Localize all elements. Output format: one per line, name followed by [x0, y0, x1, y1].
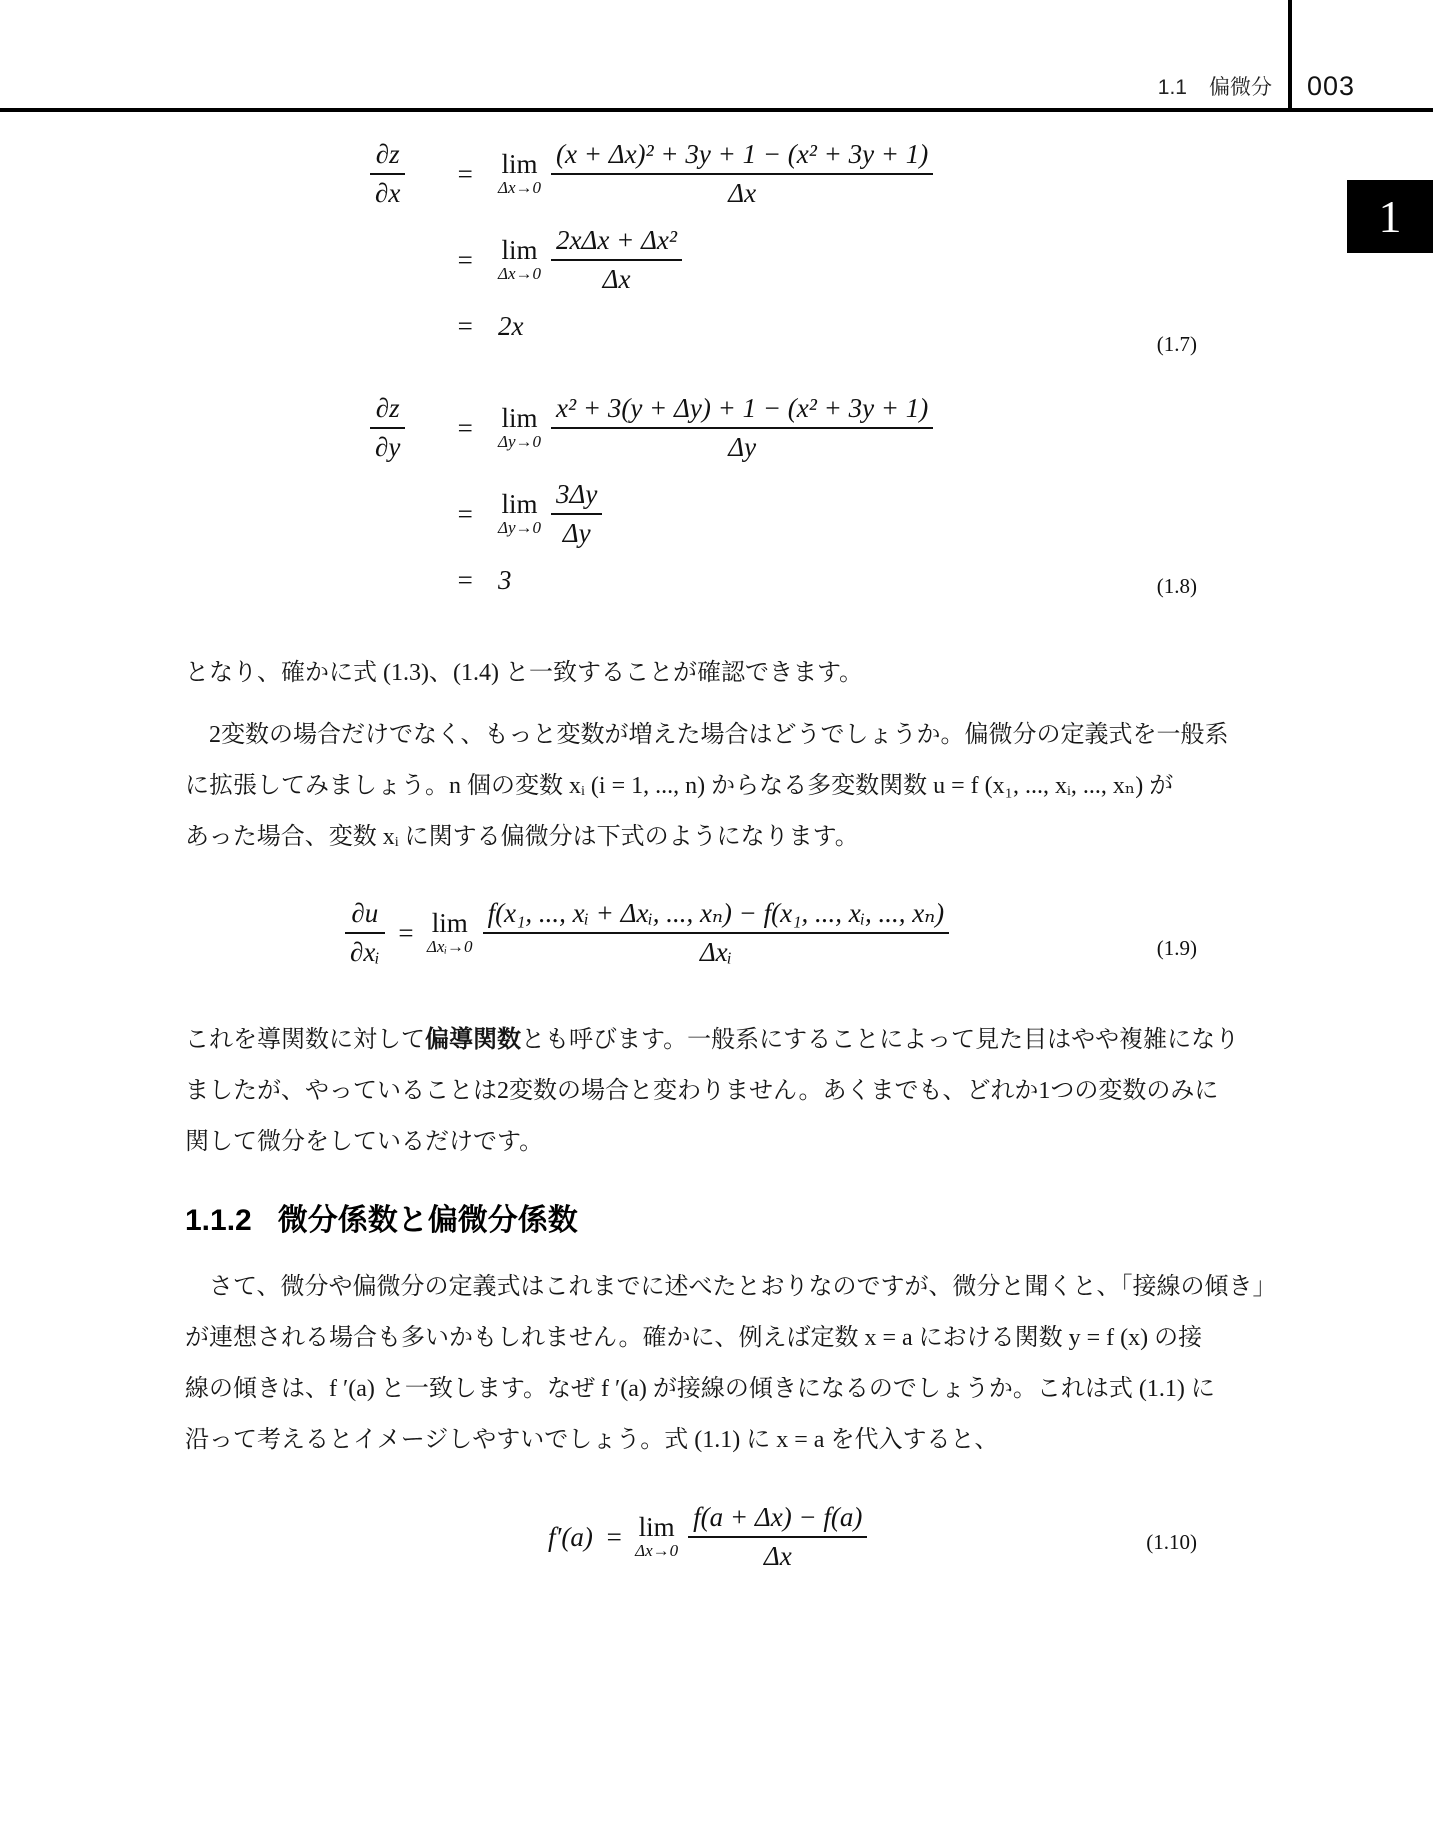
body-text-line: 関して微分をしているだけです。: [185, 1117, 1201, 1168]
text-segment: とも呼びます。一般系にすることによって見た目はやや複雑になり: [521, 1027, 1239, 1053]
body-text-line: ましたが、やっていることは2変数の場合と変わりません。あくまでも、どれか1つの変…: [185, 1066, 1201, 1117]
lim-subscript: Δx→0: [498, 179, 541, 197]
bold-term-partial-derivative-function: 偏導関数: [425, 1027, 521, 1053]
eq110-denominator: Δx: [688, 1536, 867, 1572]
eq17-equals-1: =: [448, 159, 482, 190]
eq18-equals-1: =: [448, 413, 482, 444]
eq17-row1-denominator: Δx: [551, 173, 933, 209]
running-header: 1.1偏微分: [1158, 76, 1272, 100]
lim-subscript: Δy→0: [498, 433, 541, 451]
equation-1-9: ∂u∂xᵢ = limΔxᵢ→0 f(x₁, ..., xᵢ + Δxᵢ, ..…: [345, 898, 949, 968]
lim-operator: lim: [502, 237, 538, 264]
header-section-number: 1.1: [1158, 76, 1187, 99]
eq18-row1: limΔy→0 x² + 3(y + Δy) + 1 − (x² + 3y + …: [498, 393, 933, 463]
paragraph-partial-derivative-name: これを導関数に対して偏導関数とも呼びます。一般系にすることによって見た目はやや複…: [185, 1015, 1201, 1168]
eq18-row1-numerator: x² + 3(y + Δy) + 1 − (x² + 3y + 1): [551, 393, 933, 427]
lim-operator: lim: [639, 1514, 675, 1541]
eq18-row1-denominator: Δy: [551, 427, 933, 463]
eq17-row1-numerator: (x + Δx)² + 3y + 1 − (x² + 3y + 1): [551, 139, 933, 173]
eq17-row2-numerator: 2xΔx + Δx²: [551, 225, 682, 259]
eq19-equals: =: [397, 918, 415, 949]
body-text-line: 2変数の場合だけでなく、もっと変数が増えた場合はどうでしょうか。偏微分の定義式を…: [185, 710, 1201, 761]
eq110-equals: =: [605, 1522, 623, 1553]
equation-number-1-9: (1.9): [1157, 936, 1197, 961]
body-text-line: あった場合、変数 xᵢ に関する偏微分は下式のようになります。: [185, 812, 1201, 863]
eq18-result: 3: [498, 565, 933, 596]
lim-subscript: Δx→0: [635, 1542, 678, 1560]
body-text-line: が連想される場合も多いかもしれません。確かに、例えば定数 x = a における関…: [185, 1313, 1201, 1364]
eq17-lhs-denominator: ∂x: [370, 173, 405, 209]
eq17-lhs-numerator: ∂z: [370, 139, 405, 173]
equation-1-8: ∂z∂y = limΔy→0 x² + 3(y + Δy) + 1 − (x² …: [370, 393, 933, 596]
eq110-lhs: f′(a): [548, 1522, 593, 1553]
chapter-tab: 1: [1347, 180, 1433, 253]
section-heading-title: 微分係数と偏微分係数: [278, 1204, 578, 1237]
body-text-line: となり、確かに式 (1.3)、(1.4) と一致することが確認できます。: [185, 648, 1201, 699]
eq19-denominator: Δxᵢ: [483, 932, 950, 968]
lim-operator: lim: [502, 151, 538, 178]
paragraph-tangent-slope: さて、微分や偏微分の定義式はこれまでに述べたとおりなのですが、微分と聞くと、「接…: [185, 1262, 1201, 1466]
lim-subscript: Δxᵢ→0: [427, 938, 473, 956]
page-number: 003: [1307, 72, 1355, 100]
header-section-title: 偏微分: [1209, 76, 1272, 99]
text-segment: これを導関数に対して: [185, 1027, 425, 1053]
body-text-line: 沿って考えるとイメージしやすいでしょう。式 (1.1) に x = a を代入す…: [185, 1415, 1201, 1466]
equation-1-10: f′(a) = limΔx→0 f(a + Δx) − f(a)Δx: [548, 1502, 867, 1572]
lim-operator: lim: [502, 491, 538, 518]
eq18-row2-denominator: Δy: [551, 513, 602, 549]
eq17-result: 2x: [498, 311, 933, 342]
equation-number-1-8: (1.8): [1157, 574, 1197, 599]
body-text-line: さて、微分や偏微分の定義式はこれまでに述べたとおりなのですが、微分と聞くと、「接…: [185, 1262, 1201, 1313]
eq18-lhs-numerator: ∂z: [370, 393, 405, 427]
header-rule: [0, 108, 1433, 112]
eq17-equals-2: =: [448, 245, 482, 276]
eq17-lhs-fraction: ∂z∂x: [370, 139, 432, 209]
lim-subscript: Δy→0: [498, 519, 541, 537]
header-vertical-divider: [1288, 0, 1292, 108]
eq19-lhs-numerator: ∂u: [345, 898, 385, 932]
eq18-lhs-fraction: ∂z∂y: [370, 393, 432, 463]
body-text-line: に拡張してみましょう。n 個の変数 xᵢ (i = 1, ..., n) からな…: [185, 761, 1201, 812]
eq19-lhs-denominator: ∂xᵢ: [345, 932, 385, 968]
eq110-numerator: f(a + Δx) − f(a): [688, 1502, 867, 1536]
lim-operator: lim: [502, 405, 538, 432]
eq19-numerator: f(x₁, ..., xᵢ + Δxᵢ, ..., xₙ) − f(x₁, ..…: [483, 898, 950, 932]
paragraph-generalization: 2変数の場合だけでなく、もっと変数が増えた場合はどうでしょうか。偏微分の定義式を…: [185, 710, 1201, 863]
eq18-equals-2: =: [448, 499, 482, 530]
eq17-row2-denominator: Δx: [551, 259, 682, 295]
equation-number-1-7: (1.7): [1157, 332, 1197, 357]
body-text-line: 線の傾きは、f ′(a) と一致します。なぜ f ′(a) が接線の傾きになるの…: [185, 1364, 1201, 1415]
equation-1-7: ∂z∂x = limΔx→0 (x + Δx)² + 3y + 1 − (x² …: [370, 139, 933, 342]
chapter-tab-number: 1: [1379, 190, 1402, 243]
lim-subscript: Δx→0: [498, 265, 541, 283]
lim-operator: lim: [432, 910, 468, 937]
eq18-lhs-denominator: ∂y: [370, 427, 405, 463]
section-heading-number: 1.1.2: [185, 1204, 252, 1237]
section-heading-1-1-2: 1.1.2微分係数と偏微分係数: [185, 1198, 578, 1244]
eq18-equals-3: =: [448, 565, 482, 596]
eq17-equals-3: =: [448, 311, 482, 342]
body-text-line: これを導関数に対して偏導関数とも呼びます。一般系にすることによって見た目はやや複…: [185, 1015, 1201, 1066]
eq17-row2: limΔx→0 2xΔx + Δx²Δx: [498, 225, 933, 295]
paragraph-confirmation: となり、確かに式 (1.3)、(1.4) と一致することが確認できます。: [185, 648, 1201, 699]
eq17-row1: limΔx→0 (x + Δx)² + 3y + 1 − (x² + 3y + …: [498, 139, 933, 209]
eq18-row2-numerator: 3Δy: [551, 479, 602, 513]
eq18-row2: limΔy→0 3ΔyΔy: [498, 479, 933, 549]
equation-number-1-10: (1.10): [1146, 1530, 1197, 1555]
